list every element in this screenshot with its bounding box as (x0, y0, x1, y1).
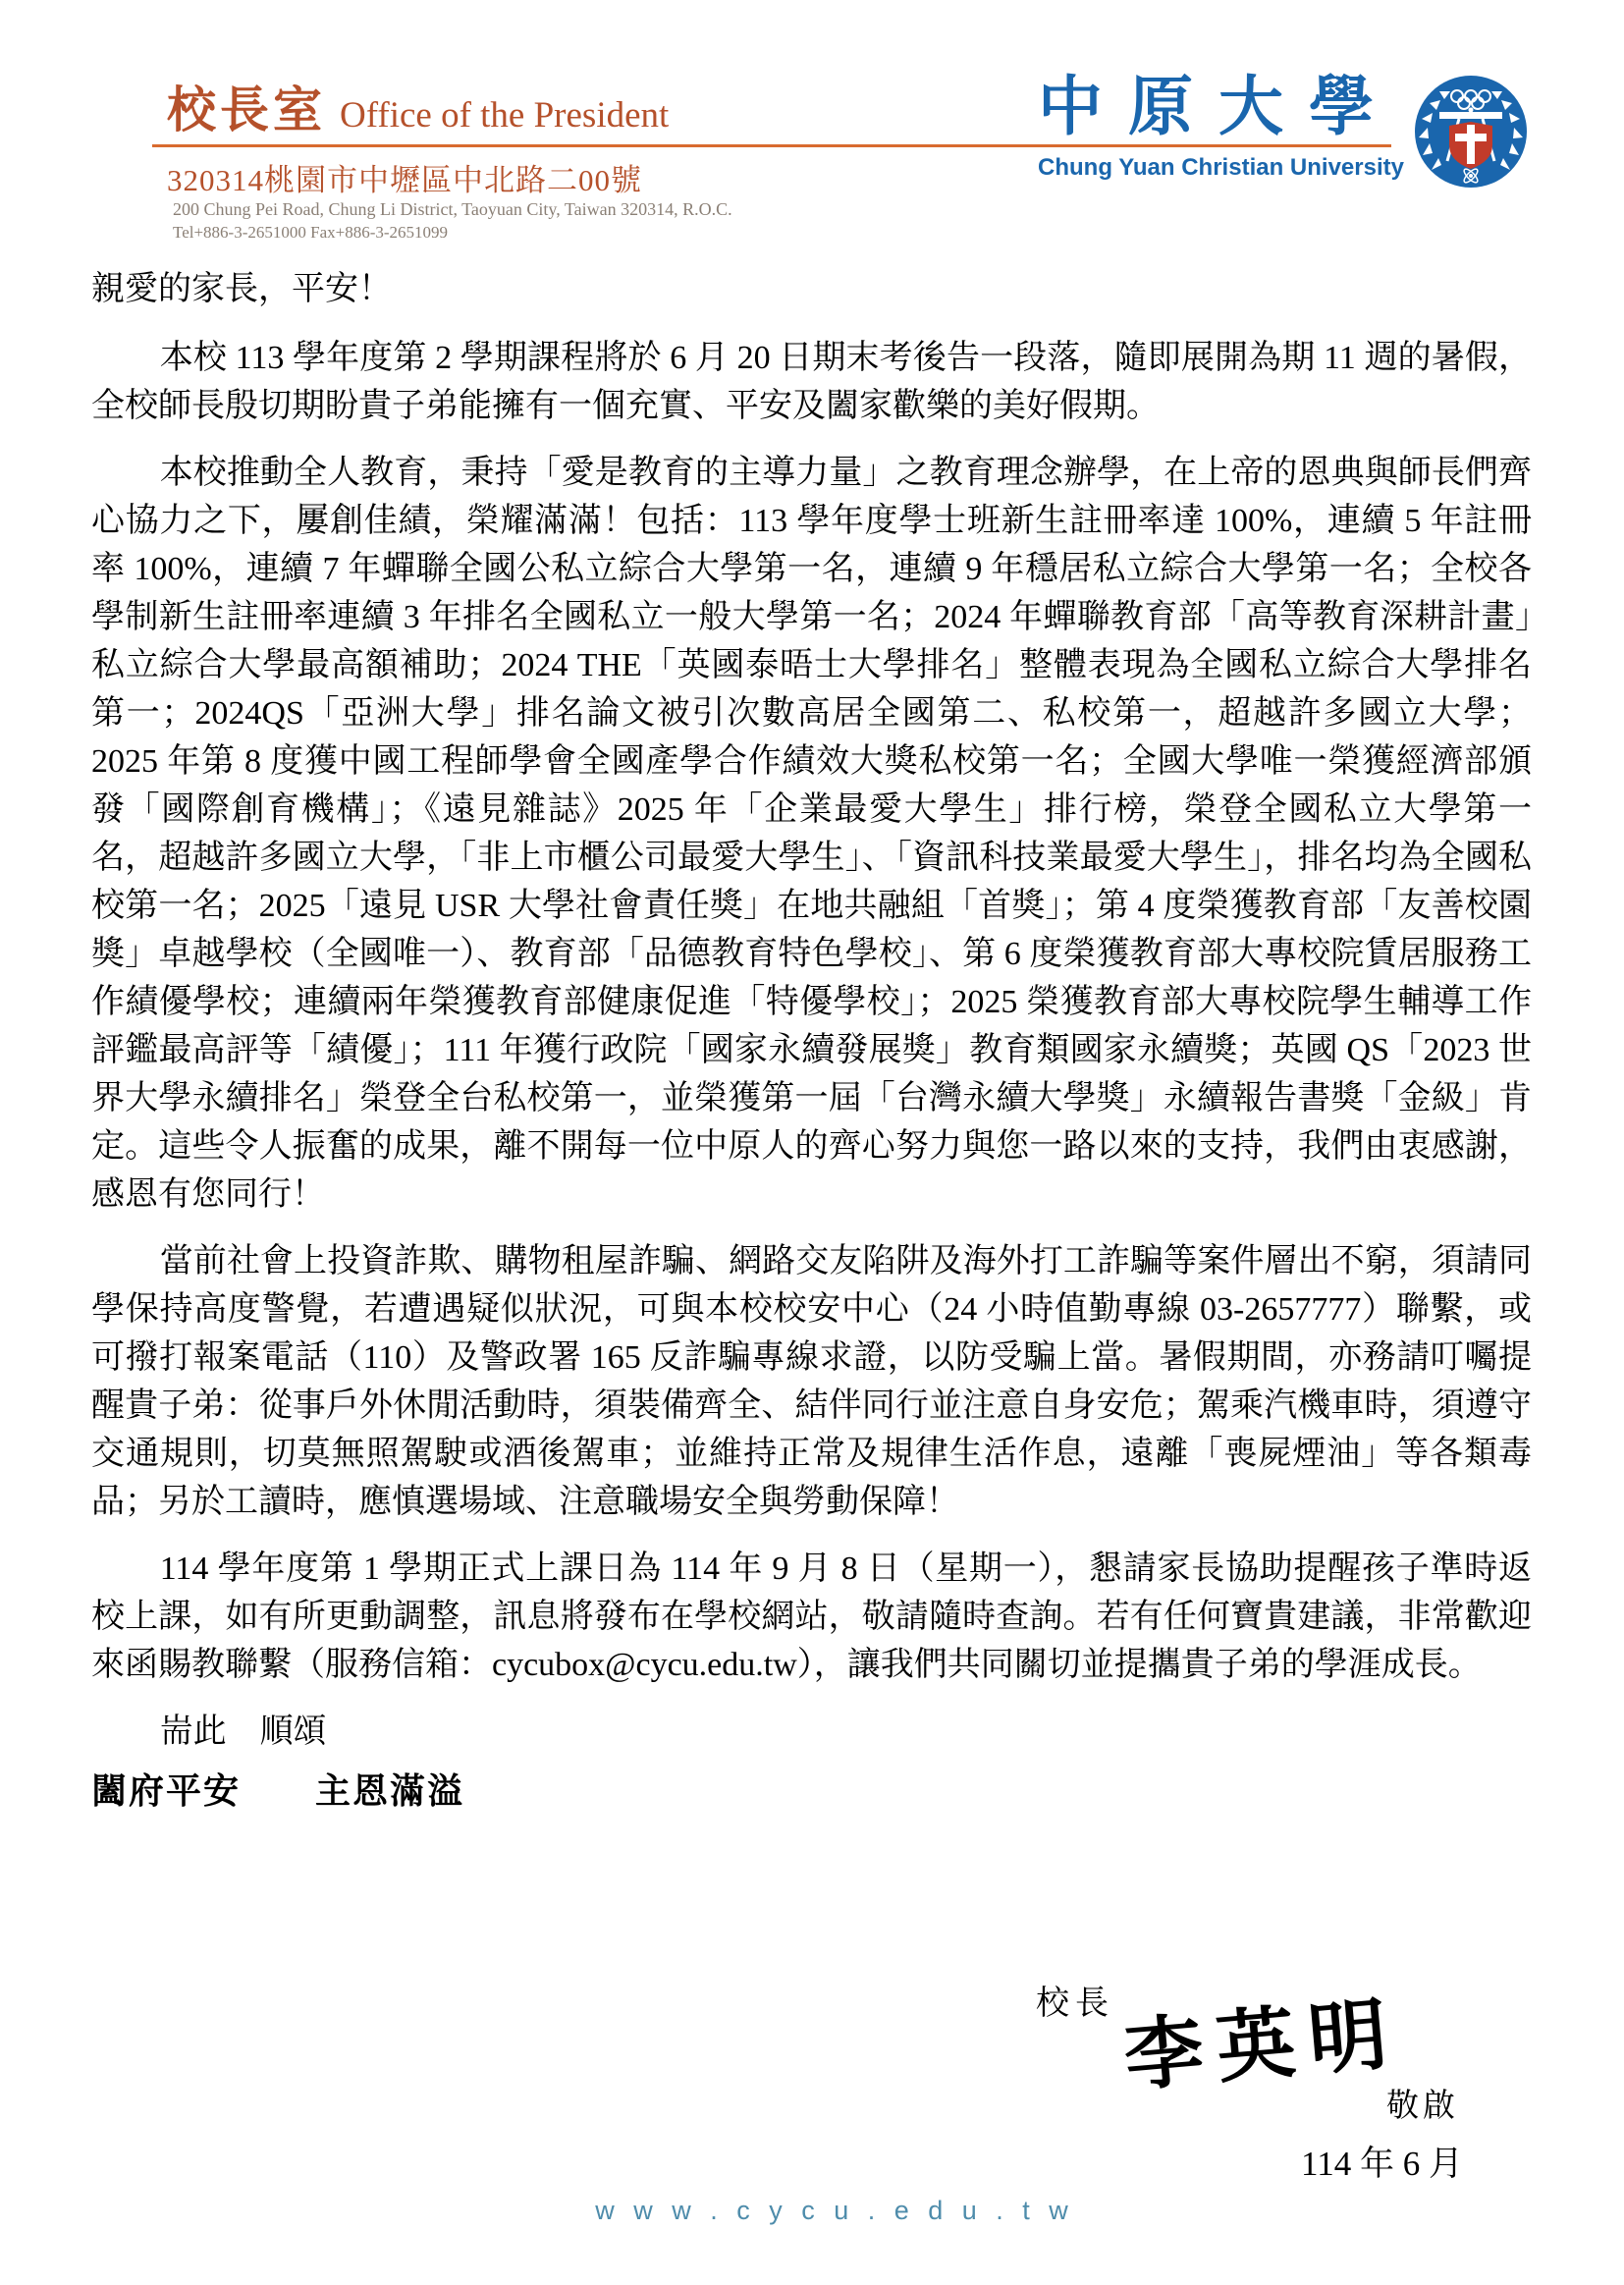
letter-paragraph-2: 本校推動全人教育，秉持「愛是教育的主導力量」之教育理念辦學，在上帝的恩典與師長們… (91, 449, 1532, 1219)
cycu-emblem-icon (1412, 73, 1530, 190)
letter-paragraph-1: 本校 113 學年度第 2 學期課程將於 6 月 20 日期末考後告一段落，隨即… (91, 334, 1532, 430)
letter-paragraph-4: 114 學年度第 1 學期正式上課日為 114 年 9 月 8 日（星期一），懇… (91, 1545, 1532, 1689)
office-title-en: Office of the President (340, 95, 669, 136)
letter-body: 親愛的家長，平安！ 本校 113 學年度第 2 學期課程將於 6 月 20 日期… (91, 265, 1532, 1834)
university-name-cn: 中原大學 (1038, 54, 1399, 147)
office-title-cn: 校長室 (167, 82, 326, 137)
signature-date: 114 年 6 月 (1301, 2137, 1463, 2186)
footer-website: w w w . c y c u . e d u . t w (0, 2196, 1624, 2226)
office-title: 校長室Office of the President (167, 71, 669, 141)
university-name-en: Chung Yuan Christian University (1038, 154, 1404, 182)
signer-title: 校長 (1036, 1976, 1114, 2024)
greeting: 親愛的家長，平安！ (91, 265, 1532, 313)
signature-name: 李英明 (1119, 1970, 1405, 2106)
letter-paragraph-3: 當前社會上投資詐欺、購物租屋詐騙、網路交友陷阱及海外打工詐騙等案件層出不窮，須請… (91, 1237, 1532, 1526)
closing-line: 耑此 順頌 (91, 1708, 1532, 1756)
address-cn: 320314桃園市中壢區中北路二00號 (167, 155, 642, 199)
signature-respect: 敬啟 (1386, 2080, 1459, 2126)
blessing-line: 闔府平安 主恩滿溢 (91, 1768, 1532, 1816)
tel-fax: Tel+886-3-2651000 Fax+886-3-2651099 (173, 223, 448, 243)
address-en: 200 Chung Pei Road, Chung Li District, T… (173, 199, 732, 220)
letter-page: 校長室Office of the President 320314桃園市中壢區中… (0, 0, 1624, 2285)
